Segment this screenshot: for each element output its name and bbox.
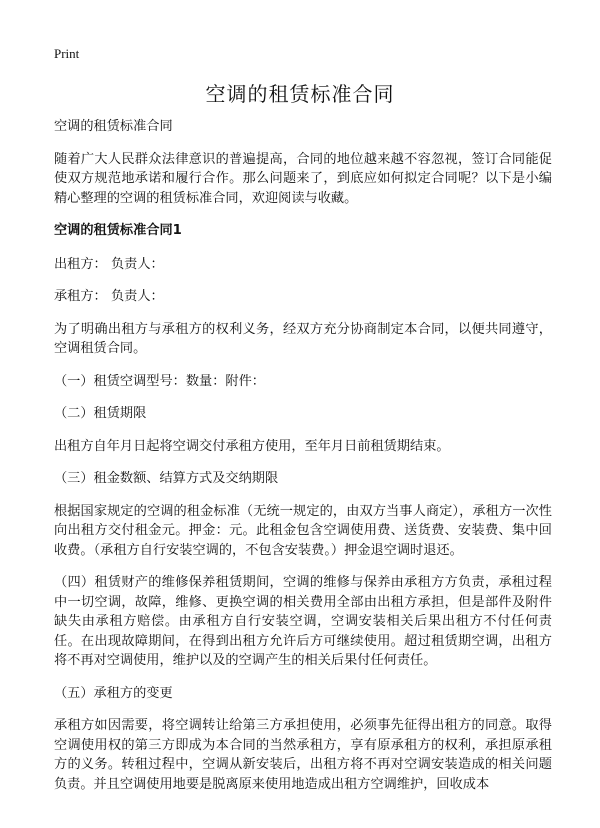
clause-1-model: （一）租赁空调型号：数量：附件： — [54, 372, 552, 392]
clause-2-body: 出租方自年月日起将空调交付承租方使用，至年月日前租赁期结束。 — [54, 437, 552, 457]
purpose-paragraph: 为了明确出租方与承租方的权利义务，经双方充分协商制定本合同，以便共同遵守，空调租… — [54, 320, 552, 359]
clause-5-heading: （五）承租方的变更 — [54, 684, 552, 704]
clause-5-body: 承租方如因需要，将空调转让给第三方承担使用，必须事先征得出租方的同意。取得空调使… — [54, 716, 552, 794]
section-heading: 空调的租赁标准合同1 — [54, 221, 552, 241]
clause-3-heading: （三）租金数额、结算方式及交纳期限 — [54, 469, 552, 489]
intro-paragraph: 随着广大人民群众法律意识的普遍提高，合同的地位越来越不容忽视，签订合同能促使双方… — [54, 150, 552, 209]
print-link[interactable]: Print — [54, 46, 79, 62]
document-title: 空调的租赁标准合同 — [0, 80, 600, 108]
document-body: 空调的租赁标准合同 随着广大人民群众法律意识的普遍提高，合同的地位越来越不容忽视… — [54, 117, 552, 807]
lessee-line: 承租方： 负责人： — [54, 287, 552, 307]
lessor-line: 出租方： 负责人： — [54, 255, 552, 275]
clause-2-heading: （二）租赁期限 — [54, 404, 552, 424]
document-subtitle: 空调的租赁标准合同 — [54, 117, 552, 137]
clause-4-body: （四）租赁财产的维修保养租赁期间，空调的维修与保养由承租方方负责，承租过程中一切… — [54, 573, 552, 671]
clause-3-body: 根据国家规定的空调的租金标准（无统一规定的，由双方当事人商定），承租方一次性向出… — [54, 502, 552, 561]
